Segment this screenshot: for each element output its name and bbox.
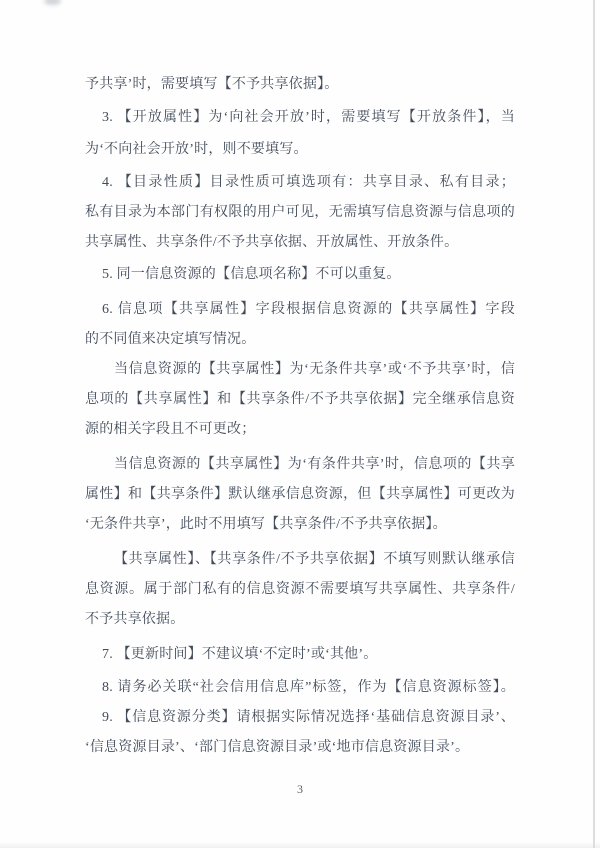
text-line: 予共享’时，需要填写【不予共享依据】。 <box>85 70 515 100</box>
text-line: 为‘不向社会开放’时，则不要填写。 <box>85 135 515 165</box>
scan-bottom-shadow <box>0 842 600 848</box>
text-line: 3. 【开放属性】为‘向社会开放’时，需要填写【开放条件】，当 <box>85 103 515 133</box>
text-line: 7. 【更新时间】不建议填‘不定时’或‘其他’。 <box>85 640 515 670</box>
page-number: 3 <box>0 782 600 797</box>
text-line: 6. 信息项【共享属性】字段根据信息资源的【共享属性】字段 <box>85 295 515 325</box>
text-line: 息项的【共享属性】和【共享条件/不予共享依据】完全继承信息资 <box>85 385 515 415</box>
text-line: 【共享属性】、【共享条件/不予共享依据】不填写则默认继承信 <box>85 545 515 575</box>
document-body: 予共享’时，需要填写【不予共享依据】。 3. 【开放属性】为‘向社会开放’时，需… <box>85 70 515 763</box>
text-line: 当信息资源的【共享属性】为‘无条件共享’或‘不予共享’时，信 <box>85 355 515 385</box>
text-line: 共享属性、共享条件/不予共享依据、开放属性、开放条件。 <box>85 228 515 258</box>
text-line: ‘信息资源目录’、‘部门信息资源目录’或‘地市信息资源目录’。 <box>85 733 515 763</box>
document-page: 予共享’时，需要填写【不予共享依据】。 3. 【开放属性】为‘向社会开放’时，需… <box>0 0 600 848</box>
text-line: 5. 同一信息资源的【信息项名称】不可以重复。 <box>85 260 515 290</box>
text-line: 当信息资源的【共享属性】为‘有条件共享’时，信息项的【共享 <box>85 450 515 480</box>
text-line: 4. 【目录性质】目录性质可填选项有：共享目录、私有目录； <box>85 168 515 198</box>
text-line: 9. 【信息资源分类】请根据实际情况选择‘基础信息资源目录’、 <box>85 703 515 733</box>
text-line: 不予共享依据。 <box>85 605 515 635</box>
text-line: 的不同值来决定填写情况。 <box>85 325 515 355</box>
scan-smudge-mark <box>44 0 61 5</box>
text-line: 源的相关字段且不可更改； <box>85 415 515 445</box>
scan-edge-line <box>593 0 595 848</box>
text-line: ‘无条件共享’，此时不用填写【共享条件/不予共享依据】。 <box>85 510 515 540</box>
text-line: 8. 请务必关联“社会信用信息库”标签，作为【信息资源标签】。 <box>85 673 515 703</box>
text-line: 属性】和【共享条件】默认继承信息资源，但【共享属性】可更改为 <box>85 480 515 510</box>
text-line: 息资源。属于部门私有的信息资源不需要填写共享属性、共享条件/ <box>85 575 515 605</box>
text-line: 私有目录为本部门有权限的用户可见，无需填写信息资源与信息项的 <box>85 198 515 228</box>
